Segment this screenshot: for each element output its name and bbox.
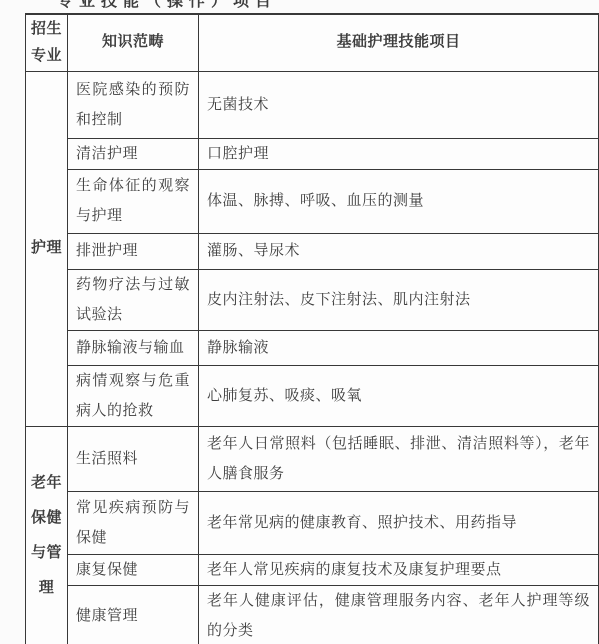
skill-cell: 老年人健康评估，健康管理服务内容、老年人护理等级的分类 xyxy=(199,585,599,644)
nursing-skills-table: 招生专业 知识范畴 基础护理技能项目 护理 医院感染的预防和控制 无菌技术 清洁… xyxy=(25,13,599,644)
knowledge-cell: 健康管理 xyxy=(68,585,199,644)
header-major: 招生专业 xyxy=(26,14,68,71)
knowledge-cell: 排泄护理 xyxy=(68,233,199,269)
header-knowledge: 知识范畴 xyxy=(68,14,199,71)
table-row: 健康管理 老年人健康评估，健康管理服务内容、老年人护理等级的分类 xyxy=(26,585,599,644)
knowledge-cell: 静脉输液与输血 xyxy=(68,330,199,365)
skill-cell: 静脉输液 xyxy=(199,330,599,365)
skill-cell: 无菌技术 xyxy=(199,71,599,138)
table-row: 药物疗法与过敏试验法 皮内注射法、皮下注射法、肌内注射法 xyxy=(26,269,599,330)
table-row: 老年保健与管理 生活照料 老年人日常照料（包括睡眠、排泄、清洁照料等），老年人膳… xyxy=(26,426,599,491)
cropped-title-text: 专业技能（操作）项目 xyxy=(57,0,277,9)
skill-cell: 口腔护理 xyxy=(199,138,599,169)
table-row: 排泄护理 灌肠、导尿术 xyxy=(26,233,599,269)
knowledge-cell: 生命体征的观察与护理 xyxy=(68,169,199,233)
cropped-title: 专业技能（操作）项目 xyxy=(0,0,599,9)
document-page: 专业技能（操作）项目 招生专业 知识范畴 基础护理技能项目 护理 医院感染的预防… xyxy=(0,0,599,644)
table-row: 生命体征的观察与护理 体温、脉搏、呼吸、血压的测量 xyxy=(26,169,599,233)
knowledge-cell: 医院感染的预防和控制 xyxy=(68,71,199,138)
knowledge-cell: 生活照料 xyxy=(68,426,199,491)
table-row: 清洁护理 口腔护理 xyxy=(26,138,599,169)
knowledge-cell: 药物疗法与过敏试验法 xyxy=(68,269,199,330)
major-cell-elderly-care: 老年保健与管理 xyxy=(26,426,68,644)
table-row: 静脉输液与输血 静脉输液 xyxy=(26,330,599,365)
table-row: 康复保健 老年人常见疾病的康复技术及康复护理要点 xyxy=(26,554,599,585)
skill-cell: 体温、脉搏、呼吸、血压的测量 xyxy=(199,169,599,233)
skill-cell: 老年人日常照料（包括睡眠、排泄、清洁照料等），老年人膳食服务 xyxy=(199,426,599,491)
table-header-row: 招生专业 知识范畴 基础护理技能项目 xyxy=(26,14,599,71)
header-skills: 基础护理技能项目 xyxy=(199,14,599,71)
table-row: 常见疾病预防与保健 老年常见病的健康教育、照护技术、用药指导 xyxy=(26,491,599,554)
skill-cell: 老年人常见疾病的康复技术及康复护理要点 xyxy=(199,554,599,585)
knowledge-cell: 常见疾病预防与保健 xyxy=(68,491,199,554)
skill-cell: 心肺复苏、吸痰、吸氧 xyxy=(199,365,599,426)
skill-cell: 皮内注射法、皮下注射法、肌内注射法 xyxy=(199,269,599,330)
skill-cell: 灌肠、导尿术 xyxy=(199,233,599,269)
skill-cell: 老年常见病的健康教育、照护技术、用药指导 xyxy=(199,491,599,554)
major-cell-nursing: 护理 xyxy=(26,71,68,426)
table-row: 病情观察与危重病人的抢救 心肺复苏、吸痰、吸氧 xyxy=(26,365,599,426)
knowledge-cell: 病情观察与危重病人的抢救 xyxy=(68,365,199,426)
table-row: 护理 医院感染的预防和控制 无菌技术 xyxy=(26,71,599,138)
knowledge-cell: 清洁护理 xyxy=(68,138,199,169)
knowledge-cell: 康复保健 xyxy=(68,554,199,585)
